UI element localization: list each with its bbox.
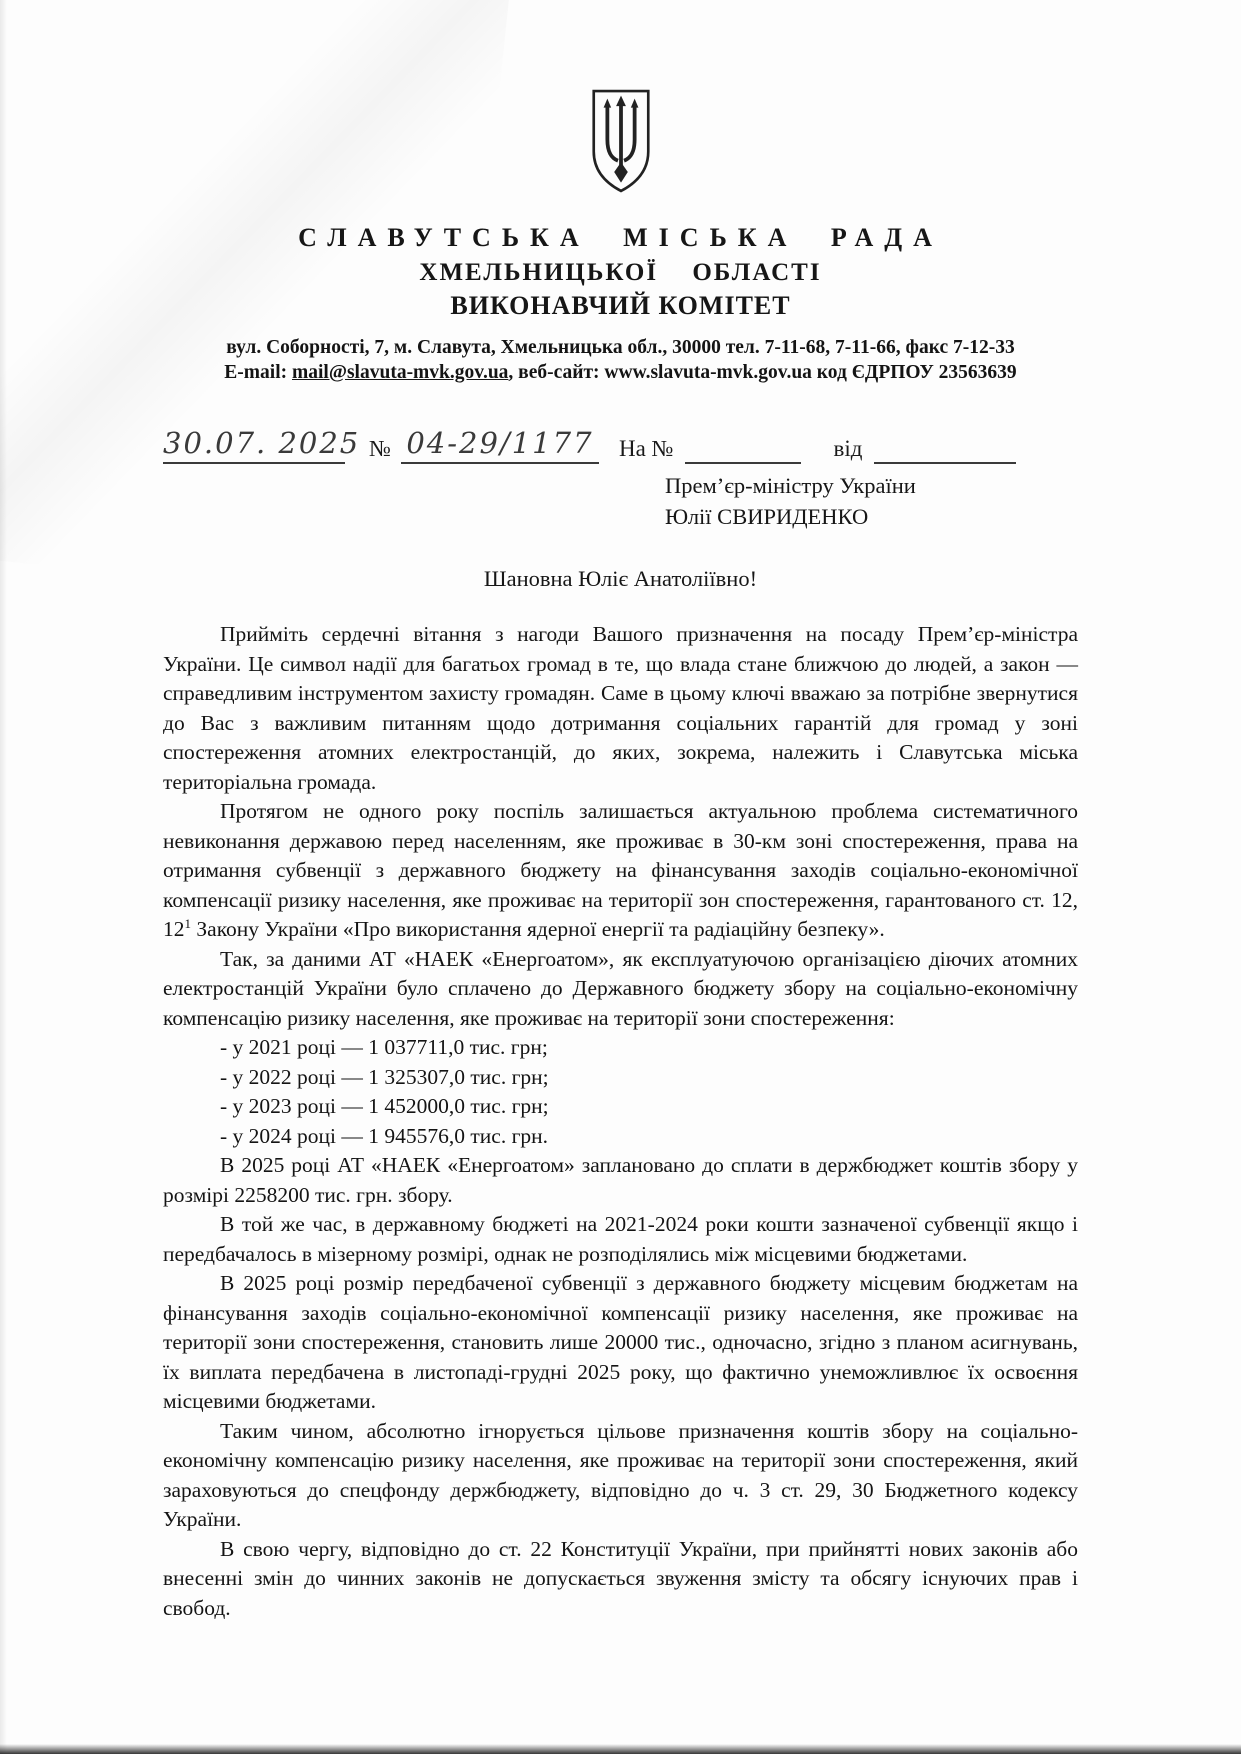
org-address-line: вул. Соборності, 7, м. Славута, Хмельниц… xyxy=(163,337,1078,359)
payment-line-2024: - у 2024 році — 1 945576,0 тис. грн. xyxy=(163,1122,1078,1152)
paragraph-energoatom: Так, за даними АТ «НАЕК «Енергоатом», як… xyxy=(163,945,1078,1034)
payment-line-2023: - у 2023 році — 1 452000,0 тис. грн; xyxy=(163,1092,1078,1122)
paragraph-problem-tail: Закону України «Про використання ядерної… xyxy=(191,917,885,941)
handwritten-number: 04-29/1177 xyxy=(406,426,593,460)
org-name-line3: ВИКОНАВЧИЙ КОМІТЕТ xyxy=(163,291,1078,321)
paragraph-2025-subvention: В 2025 році розмір передбаченої субвенці… xyxy=(163,1269,1078,1417)
org-name-line2: ХМЕЛЬНИЦЬКОЇ ОБЛАСТІ xyxy=(163,259,1078,287)
website-and-code: , веб-сайт: www.slavuta-mvk.gov.ua код Є… xyxy=(508,362,1016,383)
outgoing-number-field: 04-29/1177 xyxy=(401,426,599,464)
salutation: Шановна Юліє Анатоліївно! xyxy=(163,566,1078,592)
email-address: mail@slavuta-mvk.gov.ua xyxy=(292,362,508,383)
email-label: E-mail: xyxy=(224,362,292,383)
outgoing-date-field: 30.07. 2025 xyxy=(163,426,345,464)
incoming-date-blank xyxy=(874,432,1016,464)
paragraph-budget-code: Таким чином, абсолютно ігнорується цільо… xyxy=(163,1417,1078,1535)
letter-content: СЛАВУТСЬКА МІСЬКА РАДА ХМЕЛЬНИЦЬКОЇ ОБЛА… xyxy=(0,0,1241,1623)
org-name-line1: СЛАВУТСЬКА МІСЬКА РАДА xyxy=(163,223,1078,253)
payment-line-2022: - у 2022 році — 1 325307,0 тис. грн; xyxy=(163,1063,1078,1093)
number-label: № xyxy=(369,436,391,464)
emblem-container xyxy=(163,88,1078,199)
paragraph-2025-plan: В 2025 році АТ «НАЕК «Енергоатом» заплан… xyxy=(163,1151,1078,1210)
handwritten-date: 30.07. 2025 xyxy=(163,426,360,460)
paragraph-budget-2021-2024: В той же час, в державному бюджеті на 20… xyxy=(163,1210,1078,1269)
incoming-number-label: На № xyxy=(619,436,674,464)
paragraph-greeting: Прийміть сердечні вітання з нагоди Вашог… xyxy=(163,620,1078,797)
org-contact-line: E-mail: mail@slavuta-mvk.gov.ua, веб-сай… xyxy=(163,362,1078,384)
paragraph-constitution: В свою чергу, відповідно до ст. 22 Конст… xyxy=(163,1535,1078,1624)
scan-bottom-edge-artifact xyxy=(0,1744,1241,1754)
incoming-number-blank xyxy=(685,432,801,464)
incoming-date-label: від xyxy=(833,436,862,464)
scanned-letter-page: { "header": { "emblem_name": "ukraine-tr… xyxy=(0,0,1241,1754)
ukraine-trident-emblem xyxy=(583,88,659,194)
paragraph-problem: Протягом не одного року поспіль залишаєт… xyxy=(163,797,1078,945)
addressee-name: Юлії СВИРИДЕНКО xyxy=(665,501,1078,532)
letter-body: Прийміть сердечні вітання з нагоди Вашог… xyxy=(163,620,1078,1623)
payment-line-2021: - у 2021 році — 1 037711,0 тис. грн; xyxy=(163,1033,1078,1063)
addressee-title: Прем’єр-міністру України xyxy=(665,470,1078,501)
addressee-block: Прем’єр-міністру України Юлії СВИРИДЕНКО xyxy=(665,470,1078,532)
reference-row: 30.07. 2025 № 04-29/1177 На № від xyxy=(163,416,1078,464)
